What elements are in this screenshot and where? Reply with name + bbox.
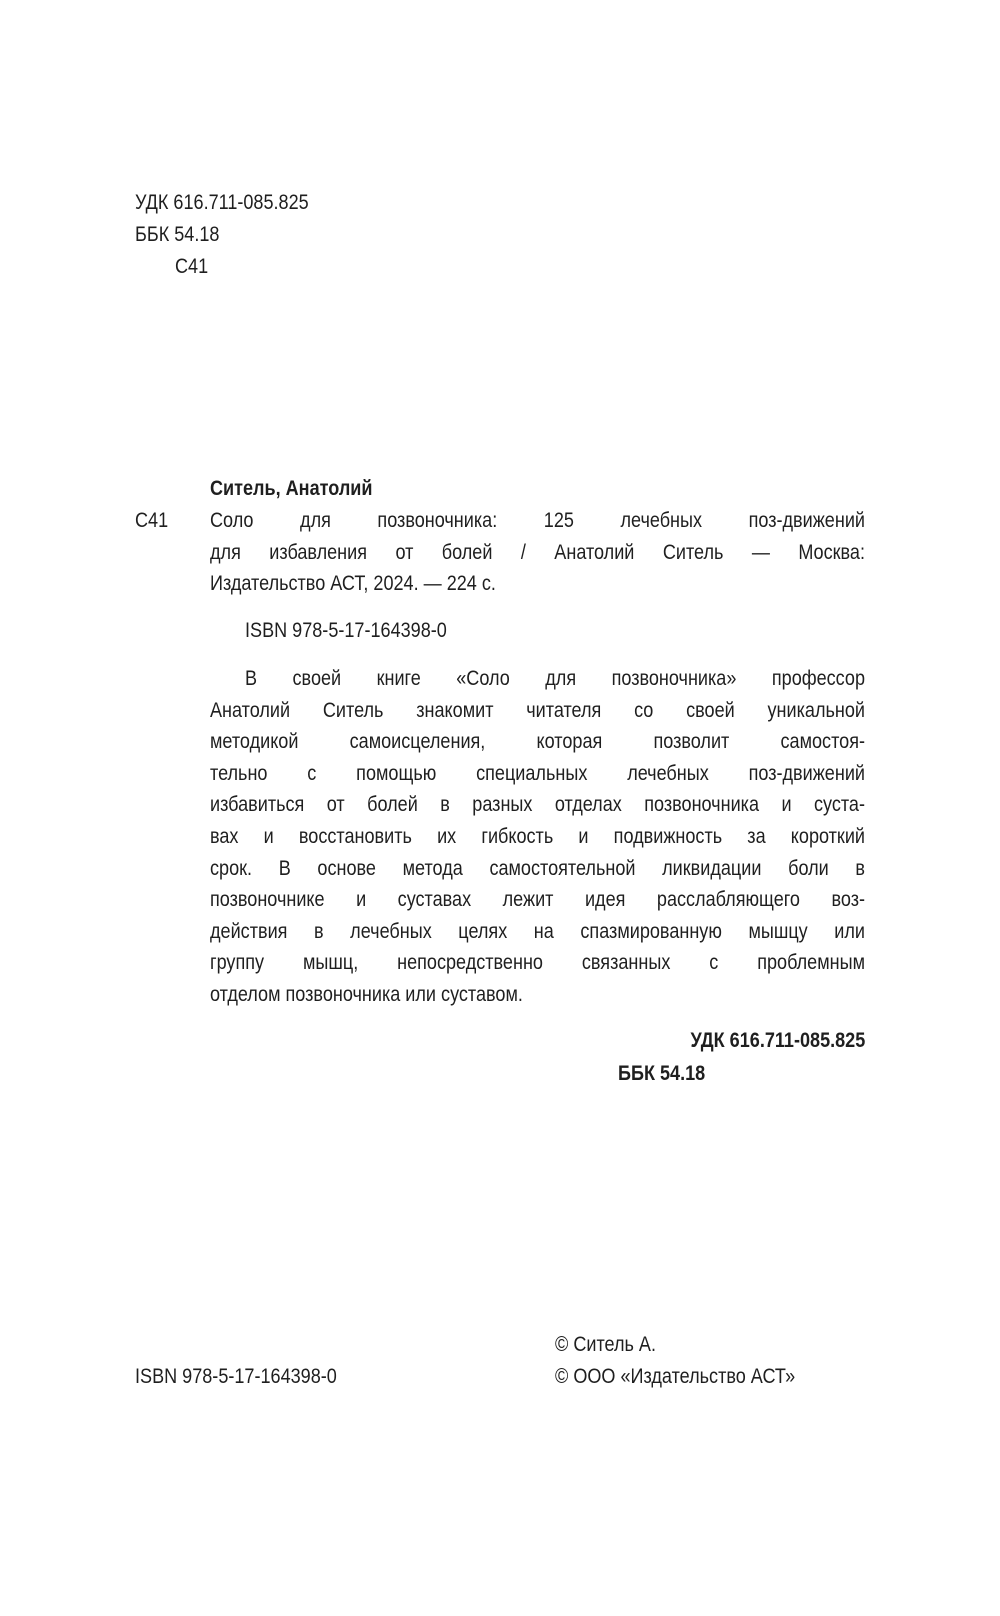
annotation-line-text: действия в лечебных целях на спазмирован… xyxy=(210,921,865,942)
title-line-text: Издательство АСТ, 2024. — 224 с. xyxy=(210,573,496,594)
author-mark-text: С41 xyxy=(135,510,168,531)
title-line: Соло для позвоночника: 125 лечебных поз-… xyxy=(210,510,865,531)
bbk-bold: ББК 54.18 xyxy=(618,1063,719,1084)
title-line-text: для избавления от болей / Анатолий Сител… xyxy=(210,542,865,563)
copyright-author-text: © Ситель А. xyxy=(555,1334,656,1355)
annotation-line-text: вах и восстановить их гибкость и подвижн… xyxy=(210,826,865,847)
annotation-line-text: отделом позвоночника или суставом. xyxy=(210,984,523,1005)
bbk-code: ББК 54.18 xyxy=(135,224,233,245)
copyright-publisher: © ООО «Издательство АСТ» xyxy=(555,1366,834,1387)
author-heading: Ситель, Анатолий xyxy=(210,478,399,499)
author-mark-top: С41 xyxy=(175,256,214,277)
copyright-author: © Ситель А. xyxy=(555,1334,672,1355)
udk-code: УДК 616.711-085.825 xyxy=(135,192,337,213)
bbk-bold-text: ББК 54.18 xyxy=(618,1063,705,1084)
annotation-line: избавиться от болей в разных отделах поз… xyxy=(210,794,865,815)
isbn-record-text: ISBN 978-5-17-164398-0 xyxy=(245,620,447,641)
isbn-record: ISBN 978-5-17-164398-0 xyxy=(245,620,480,641)
annotation-line-text: В своей книге «Соло для позвоночника» пр… xyxy=(245,668,865,689)
annotation-line: тельно с помощью специальных лечебных по… xyxy=(210,763,865,784)
annotation-line-text: тельно с помощью специальных лечебных по… xyxy=(210,763,865,784)
annotation-line: вах и восстановить их гибкость и подвижн… xyxy=(210,826,865,847)
annotation-line: срок. В основе метода самостоятельной ли… xyxy=(210,858,865,879)
annotation-line: группу мышц, непосредственно связанных с… xyxy=(210,952,865,973)
title-line-text: Соло для позвоночника: 125 лечебных поз-… xyxy=(210,510,865,531)
annotation-line: отделом позвоночника или суставом. xyxy=(210,984,865,1005)
annotation-line-text: методикой самоисцеления, которая позволи… xyxy=(210,731,865,752)
annotation-line: Анатолий Ситель знакомит читателя со сво… xyxy=(210,700,865,721)
annotation-line: действия в лечебных целях на спазмирован… xyxy=(210,921,865,942)
annotation-line: В своей книге «Соло для позвоночника» пр… xyxy=(245,668,865,689)
annotation-line-text: избавиться от болей в разных отделах поз… xyxy=(210,794,865,815)
title-line: Издательство АСТ, 2024. — 224 с. xyxy=(210,573,865,594)
annotation-line: методикой самоисцеления, которая позволи… xyxy=(210,731,865,752)
isbn-footer: ISBN 978-5-17-164398-0 xyxy=(135,1366,370,1387)
udk-code-text: УДК 616.711-085.825 xyxy=(135,192,309,213)
bbk-code-text: ББК 54.18 xyxy=(135,224,219,245)
annotation-line-text: группу мышц, непосредственно связанных с… xyxy=(210,952,865,973)
annotation-line: позвоночнике и суставах лежит идея рассл… xyxy=(210,889,865,910)
udk-bold-text: УДК 616.711-085.825 xyxy=(690,1030,865,1051)
annotation-line-text: позвоночнике и суставах лежит идея рассл… xyxy=(210,889,865,910)
annotation-line-text: Анатолий Ситель знакомит читателя со сво… xyxy=(210,700,865,721)
udk-bold: УДК 616.711-085.825 xyxy=(662,1030,865,1051)
author-mark-top-text: С41 xyxy=(175,256,208,277)
author-mark: С41 xyxy=(135,510,174,531)
title-line: для избавления от болей / Анатолий Сител… xyxy=(210,542,865,563)
author-heading-text: Ситель, Анатолий xyxy=(210,478,373,499)
annotation-line-text: срок. В основе метода самостоятельной ли… xyxy=(210,858,865,879)
copyright-publisher-text: © ООО «Издательство АСТ» xyxy=(555,1366,795,1387)
isbn-footer-text: ISBN 978-5-17-164398-0 xyxy=(135,1366,337,1387)
